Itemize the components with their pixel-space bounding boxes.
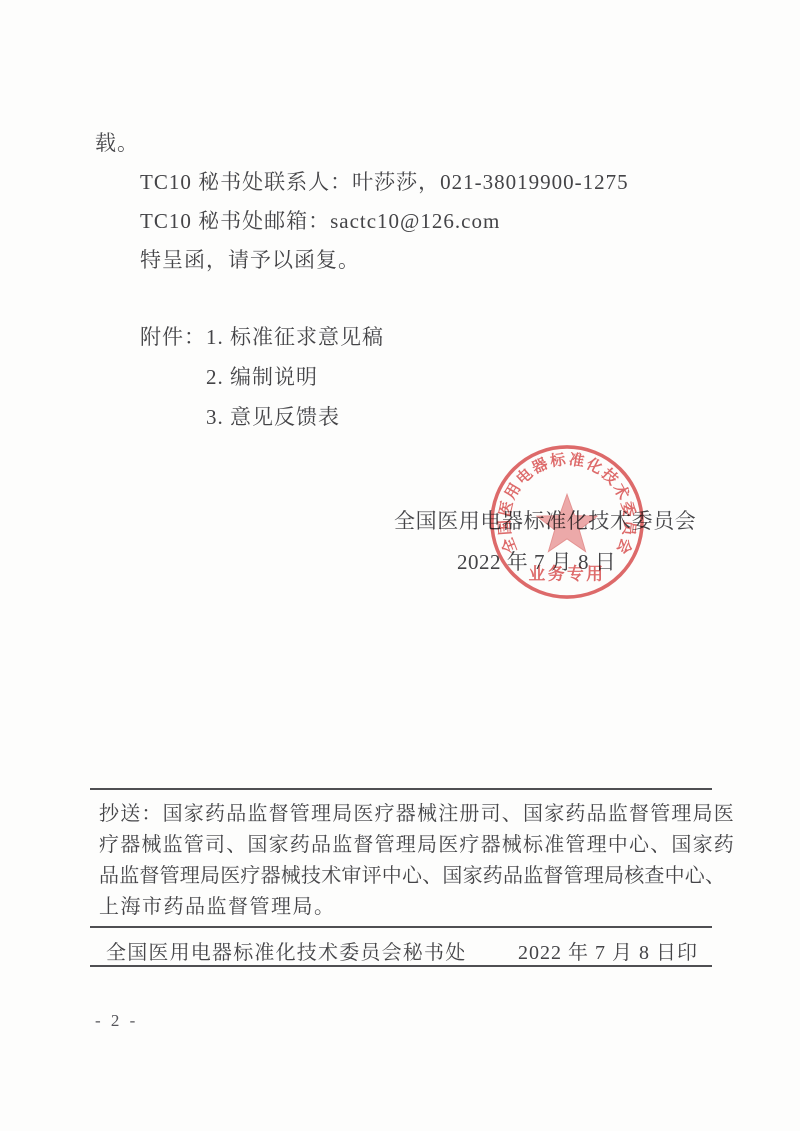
signature-organization: 全国医用电器标准化技术委员会 xyxy=(394,505,696,535)
divider-top xyxy=(90,788,712,790)
cc-block: 抄送：国家药品监督管理局医疗器械注册司、国家药品监督管理局医 疗器械监管司、国家… xyxy=(99,799,713,923)
attachments-label: 附件： xyxy=(140,321,206,351)
footer-issuer: 全国医用电器标准化技术委员会秘书处 xyxy=(90,936,466,965)
attachments-list: 1. 标准征求意见稿 2. 编制说明 3. 意见反馈表 xyxy=(206,321,384,441)
footer-print-date: 2022 年 7 月 8 日印 xyxy=(518,936,712,965)
document-page: 载。 TC10 秘书处联系人：叶莎莎，021-38019900-1275 TC1… xyxy=(0,0,800,1131)
contact-line: TC10 秘书处联系人：叶莎莎，021-38019900-1275 xyxy=(140,170,629,194)
divider-bottom xyxy=(90,965,712,967)
closing-line: 特呈函，请予以函复。 xyxy=(140,248,360,272)
body-continuation-line: 载。 xyxy=(95,131,139,155)
footer-row: 全国医用电器标准化技术委员会秘书处 2022 年 7 月 8 日印 xyxy=(90,936,712,965)
divider-middle xyxy=(90,926,712,928)
email-line: TC10 秘书处邮箱：sactc10@126.com xyxy=(140,209,500,233)
attachments-block: 附件： 1. 标准征求意见稿 2. 编制说明 3. 意见反馈表 xyxy=(140,321,384,441)
signature-date: 2022 年 7 月 8 日 xyxy=(457,546,616,576)
cc-line: 上海市药品监督管理局。 xyxy=(99,892,713,923)
attachment-item: 3. 意见反馈表 xyxy=(206,401,384,441)
attachment-item: 1. 标准征求意见稿 xyxy=(206,321,384,361)
cc-line: 品监督管理局医疗器械技术审评中心、国家药品监督管理局核查中心、 xyxy=(99,861,713,892)
attachment-item: 2. 编制说明 xyxy=(206,361,384,401)
page-number: - 2 - xyxy=(95,1011,138,1031)
cc-line: 疗器械监管司、国家药品监督管理局医疗器械标准管理中心、国家药 xyxy=(99,830,713,861)
cc-line: 抄送：国家药品监督管理局医疗器械注册司、国家药品监督管理局医 xyxy=(99,799,713,830)
